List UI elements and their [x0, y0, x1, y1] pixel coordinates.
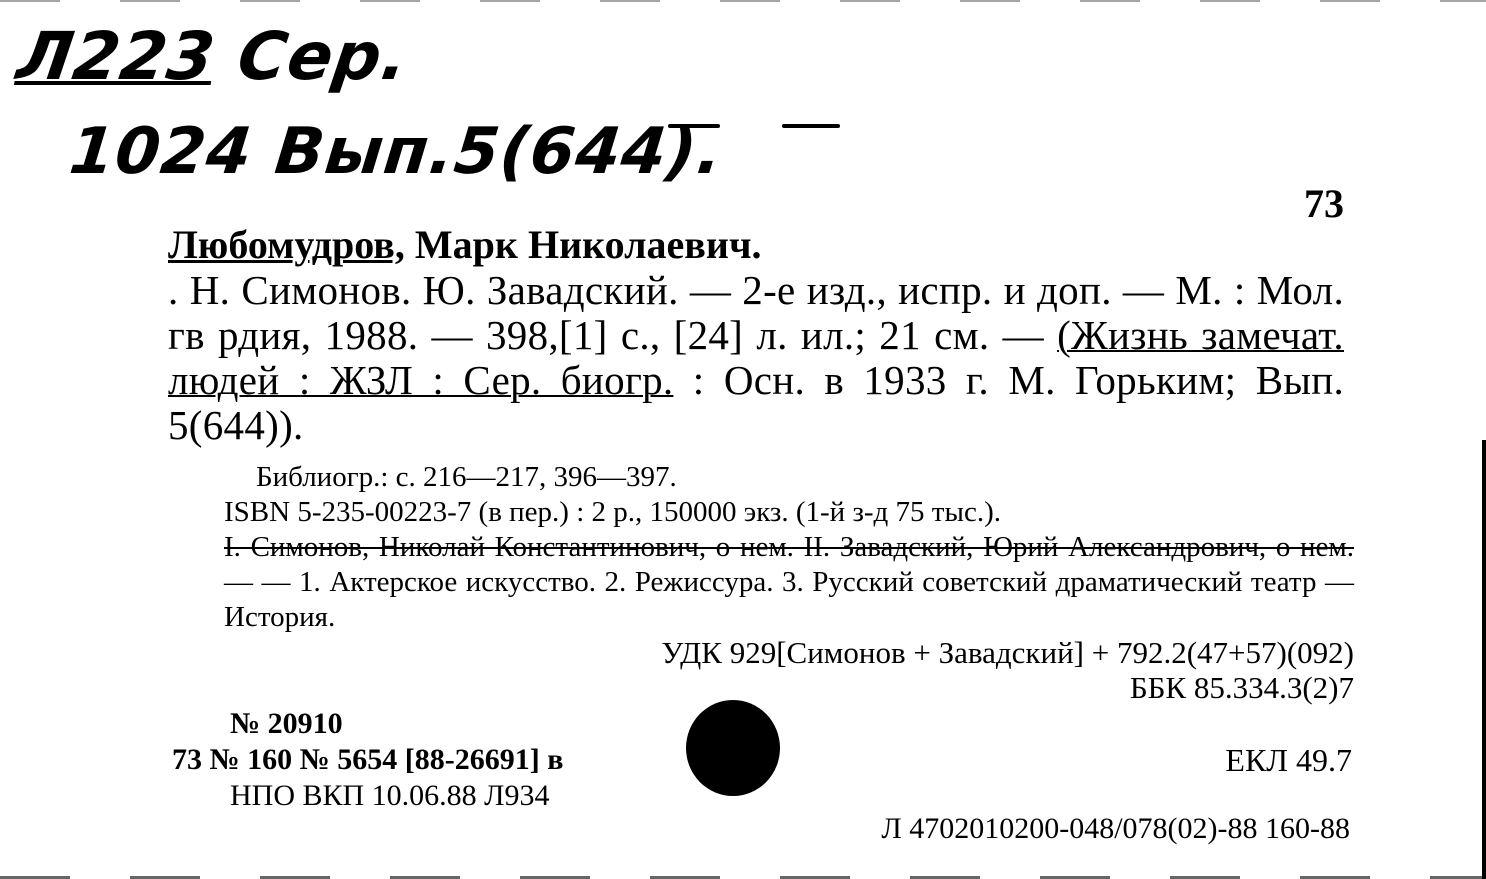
- subject-tracings: I. Симонов, Николай Константинович, о не…: [176, 530, 1354, 635]
- author-cipher: 73: [1304, 180, 1344, 227]
- card-order-line: 73 № 160 № 5654 [88-26691] в: [172, 742, 563, 778]
- price-code: Л 4702010200-048/078(02)-88 160-88: [881, 812, 1350, 846]
- author-heading: Любомудров, Марк Николаевич.: [168, 222, 1344, 268]
- card-punch-hole: [686, 700, 780, 796]
- struck-subject-tracings: I. Симонов, Николай Константинович, о не…: [224, 531, 1354, 563]
- handwritten-shelfmark: Л223 Сер.: [13, 18, 414, 95]
- author-given-names: Марк Николаевич.: [405, 222, 762, 267]
- card-right-edge: [1482, 440, 1486, 879]
- udk-classification: УДК 929[Симонов + Завадский] + 792.2(47+…: [176, 635, 1354, 670]
- publisher-imprint-line: НПО ВКП 10.06.88 Л934: [172, 778, 563, 814]
- registry-number: № 20910: [172, 706, 563, 742]
- subject-headings: — — 1. Актерское искусство. 2. Режиссура…: [224, 566, 1354, 633]
- handwritten-dash: [668, 124, 720, 128]
- registry-info: № 20910 73 № 160 № 5654 [88-26691] в НПО…: [172, 706, 563, 814]
- card-top-edge: [0, 0, 1486, 2]
- handwritten-dash: [782, 124, 840, 128]
- bibliographic-description: . Н. Симонов. Ю. Завадский. — 2-е изд., …: [168, 268, 1344, 448]
- author-surname: Любомудров,: [168, 222, 405, 267]
- notes-section: Библиогр.: с. 216—217, 396—397. ISBN 5-2…: [176, 460, 1354, 705]
- isbn-note: ISBN 5-235-00223-7 (в пер.) : 2 р., 1500…: [176, 495, 1354, 530]
- catalog-card: Л223 Сер. 1024 Вып.5(644). 73 Любомудров…: [0, 0, 1486, 879]
- handwritten-issue-note: 1024 Вып.5(644).: [66, 115, 726, 189]
- bibliographic-record: Любомудров, Марк Николаевич. . Н. Симоно…: [168, 222, 1344, 448]
- bbk-classification: ББК 85.334.3(2)7: [176, 670, 1354, 705]
- handwritten-shelfmark-series: Сер.: [233, 18, 413, 95]
- bibliography-note: Библиогр.: с. 216—217, 396—397.: [176, 460, 1354, 495]
- handwritten-shelfmark-number: Л223: [13, 18, 220, 95]
- ekl-code: ЕКЛ 49.7: [1225, 742, 1352, 779]
